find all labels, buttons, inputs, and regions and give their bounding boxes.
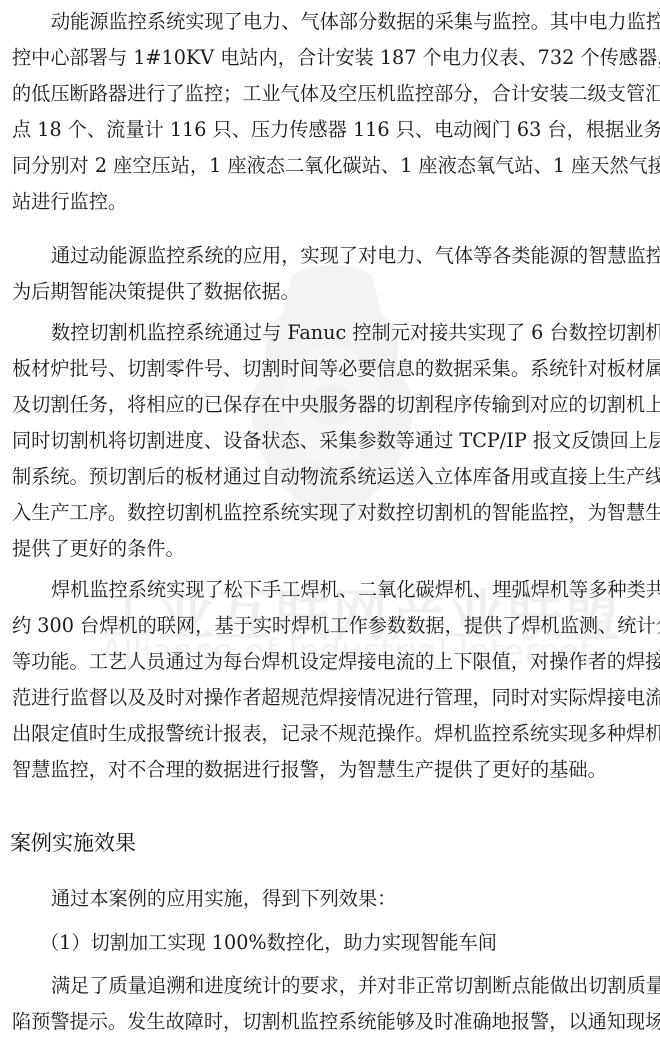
paragraph-line: 控中心部署与 1#10KV 电站内，合计安装 187 个电力仪表、732 个传感… bbox=[12, 43, 652, 73]
paragraph-line: 焊机监控系统实现了松下手工焊机、二氧化碳焊机、埋弧焊机等多种类共计 bbox=[51, 575, 652, 605]
paragraph-line: 陷预警提示。发生故障时，切割机监控系统能够及时准确地报警，以通知现场监 bbox=[12, 1007, 652, 1037]
paragraph-line: 同时切割机将切割进度、设备状态、采集参数等通过 TCP/IP 报文反馈回上层控 bbox=[12, 426, 652, 456]
paragraph-line: 入生产工序。数控切割机监控系统实现了对数控切割机的智能监控，为智慧生产 bbox=[12, 498, 652, 528]
paragraph-line: 范进行监督以及及时对操作者超规范焊接情况进行管理，同时对实际焊接电流超 bbox=[12, 683, 652, 713]
section-heading: 案例实施效果 bbox=[10, 828, 136, 858]
section-intro: 通过本案例的应用实施，得到下列效果： bbox=[51, 884, 652, 914]
paragraph-line: 点 18 个、流量计 116 只、压力传感器 116 只、电动阀门 63 台，根… bbox=[12, 115, 652, 145]
section-subheading: （1）切割加工实现 100%数控化，助力实现智能车间 bbox=[40, 928, 497, 958]
paragraph-line: 动能源监控系统实现了电力、气体部分数据的采集与监控。其中电力监控主 bbox=[51, 7, 652, 37]
paragraph-line: 智慧监控，对不合理的数据进行报警，为智慧生产提供了更好的基础。 bbox=[12, 755, 652, 785]
paragraph-line: 为后期智能决策提供了数据依据。 bbox=[12, 277, 652, 307]
paragraph-line: 数控切割机监控系统通过与 Fanuc 控制元对接共实现了 6 台数控切割机切割 bbox=[51, 318, 652, 348]
paragraph-line: 站进行监控。 bbox=[12, 187, 652, 217]
paragraph-line: 等功能。工艺人员通过为每台焊机设定焊接电流的上下限值，对操作者的焊接规 bbox=[12, 647, 652, 677]
paragraph-line: 制系统。预切割后的板材通过自动物流系统运送入立体库备用或直接上生产线进 bbox=[12, 462, 652, 492]
paragraph-line: 板材炉批号、切割零件号、切割时间等必要信息的数据采集。系统针对板材属性 bbox=[12, 354, 652, 384]
paragraph-line: 满足了质量追溯和进度统计的要求，并对非正常切割断点能做出切割质量缺 bbox=[51, 971, 652, 1001]
paragraph-line: 同分别对 2 座空压站，1 座液态二氧化碳站、1 座液态氧气站、1 座天然气接受 bbox=[12, 151, 652, 181]
paragraph-line: 提供了更好的条件。 bbox=[12, 534, 652, 564]
paragraph-line: 通过动能源监控系统的应用，实现了对电力、气体等各类能源的智慧监控， bbox=[51, 241, 652, 271]
paragraph-line: 约 300 台焊机的联网，基于实时焊机工作参数数据，提供了焊机监测、统计分析 bbox=[12, 611, 652, 641]
paragraph-line: 及切割任务，将相应的已保存在中央服务器的切割程序传输到对应的切割机上。 bbox=[12, 390, 652, 420]
paragraph-line: 的低压断路器进行了监控；工业气体及空压机监控部分，合计安装二级支管汇集 bbox=[12, 79, 652, 109]
paragraph-line: 出限定值时生成报警统计报表，记录不规范操作。焊机监控系统实现多种焊机的 bbox=[12, 719, 652, 749]
